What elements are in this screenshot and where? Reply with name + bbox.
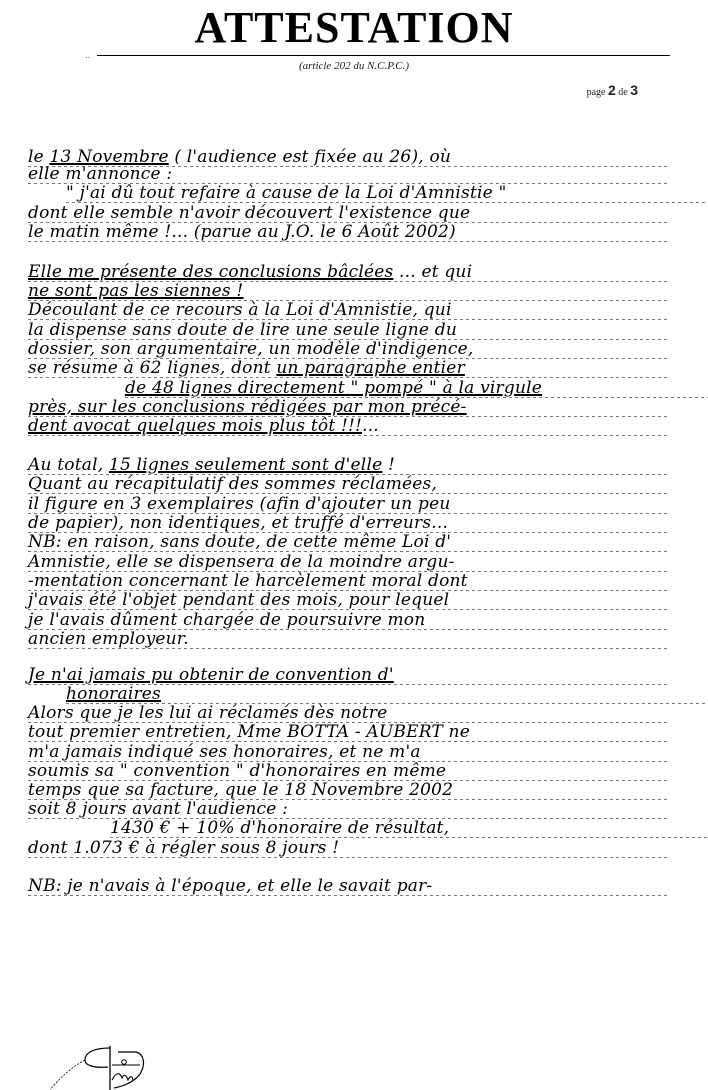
line-text: temps que sa facture, que le 18 Novembre… bbox=[28, 780, 453, 800]
handwritten-line: de papier), non identiques, et truffé d'… bbox=[28, 513, 668, 533]
page-current: 2 bbox=[608, 82, 616, 98]
line-text: Découlant de ce recours à la Loi d'Amnis… bbox=[28, 300, 452, 320]
line-text: Alors que je les lui ai réclamés dès not… bbox=[28, 703, 387, 723]
underlined-text: 15 lignes seulement sont d'elle bbox=[109, 455, 382, 475]
line-text: ... et qui bbox=[393, 262, 472, 282]
title-rule bbox=[97, 55, 670, 56]
handwritten-line: la dispense sans doute de lire une seule… bbox=[28, 320, 668, 340]
handwritten-line: honoraires bbox=[66, 684, 706, 704]
line-text: 1430 € + 10% d'honoraire de résultat, bbox=[110, 818, 449, 838]
handwritten-line: m'a jamais indiqué ses honoraires, et ne… bbox=[28, 742, 668, 762]
handwritten-line: dont elle semble n'avoir découvert l'exi… bbox=[28, 203, 668, 223]
signature-mark bbox=[40, 1040, 190, 1090]
line-text: soumis sa " convention " d'honoraires en… bbox=[28, 761, 446, 781]
handwritten-line: dossier, son argumentaire, un modèle d'i… bbox=[28, 339, 668, 359]
handwritten-line: soumis sa " convention " d'honoraires en… bbox=[28, 761, 668, 781]
line-text: j'avais été l'objet pendant des mois, po… bbox=[28, 590, 449, 610]
line-text: NB: en raison, sans doute, de cette même… bbox=[28, 532, 451, 552]
handwritten-line: Alors que je les lui ai réclamés dès not… bbox=[28, 703, 668, 723]
handwritten-line: il figure en 3 exemplaires (afin d'ajout… bbox=[28, 494, 668, 514]
line-text: " j'ai dû tout refaire à cause de la Loi… bbox=[66, 183, 507, 203]
handwritten-line: NB: je n'avais à l'époque, et elle le sa… bbox=[28, 876, 668, 896]
page-indicator: page 2 de 3 bbox=[587, 82, 638, 98]
underlined-text: de 48 lignes directement " pompé " à la … bbox=[125, 378, 542, 398]
handwritten-line: 1430 € + 10% d'honoraire de résultat, bbox=[110, 818, 708, 838]
handwritten-line: ancien employeur. bbox=[28, 629, 668, 649]
line-text: -mentation concernant le harcèlement mor… bbox=[28, 571, 468, 591]
handwritten-line: tout premier entretien, Mme BOTTA - AUBE… bbox=[28, 722, 668, 742]
handwritten-line: NB: en raison, sans doute, de cette même… bbox=[28, 532, 668, 552]
line-text: ! bbox=[382, 455, 395, 475]
line-text: dont elle semble n'avoir découvert l'exi… bbox=[28, 203, 470, 223]
handwritten-line: dont 1.073 € à régler sous 8 jours ! bbox=[28, 838, 668, 858]
line-text: de papier), non identiques, et truffé d'… bbox=[28, 513, 448, 533]
handwritten-line: je l'avais dûment chargée de poursuivre … bbox=[28, 610, 668, 630]
handwritten-line: temps que sa facture, que le 18 Novembre… bbox=[28, 780, 668, 800]
line-text: Amnistie, elle se dispensera de la moind… bbox=[28, 552, 455, 572]
line-text: ancien employeur. bbox=[28, 629, 189, 649]
line-text: ... bbox=[362, 416, 379, 436]
line-text: je l'avais dûment chargée de poursuivre … bbox=[28, 610, 425, 630]
line-text: soit 8 jours avant l'audience : bbox=[28, 799, 288, 819]
handwritten-line: près, sur les conclusions rédigées par m… bbox=[28, 397, 668, 417]
line-text: NB: je n'avais à l'époque, et elle le sa… bbox=[28, 876, 432, 896]
page-label: page bbox=[587, 87, 606, 98]
page-sep: de bbox=[618, 87, 627, 98]
line-text: dossier, son argumentaire, un modèle d'i… bbox=[28, 339, 474, 359]
handwritten-line: ne sont pas les siennes ! bbox=[28, 281, 668, 301]
handwritten-line: Découlant de ce recours à la Loi d'Amnis… bbox=[28, 300, 668, 320]
line-text: le matin même !... (parue au J.O. le 6 A… bbox=[28, 222, 456, 242]
handwritten-line: elle m'annonce : bbox=[28, 164, 668, 184]
handwritten-line: Je n'ai jamais pu obtenir de convention … bbox=[28, 665, 668, 685]
page-total: 3 bbox=[630, 82, 638, 98]
underlined-text: près, sur les conclusions rédigées par m… bbox=[28, 397, 467, 417]
handwritten-line: le matin même !... (parue au J.O. le 6 A… bbox=[28, 222, 668, 242]
underlined-text: honoraires bbox=[66, 684, 161, 704]
handwritten-line: -mentation concernant le harcèlement mor… bbox=[28, 571, 668, 591]
line-text: elle m'annonce : bbox=[28, 164, 172, 184]
handwritten-line: j'avais été l'objet pendant des mois, po… bbox=[28, 590, 668, 610]
underlined-text: Je n'ai jamais pu obtenir de convention … bbox=[28, 665, 394, 685]
line-text: Quant au récapitulatif des sommes réclam… bbox=[28, 474, 437, 494]
handwritten-line: soit 8 jours avant l'audience : bbox=[28, 799, 668, 819]
line-text: Au total, bbox=[28, 455, 109, 475]
line-text: dont 1.073 € à régler sous 8 jours ! bbox=[28, 838, 339, 858]
document-title: ATTESTATION bbox=[0, 2, 708, 54]
handwritten-line: Quant au récapitulatif des sommes réclam… bbox=[28, 474, 668, 494]
line-text: il figure en 3 exemplaires (afin d'ajout… bbox=[28, 494, 451, 514]
line-text: se résume à 62 lignes, dont bbox=[28, 358, 276, 378]
handwritten-line: de 48 lignes directement " pompé " à la … bbox=[125, 378, 708, 398]
handwritten-line: se résume à 62 lignes, dont un paragraph… bbox=[28, 358, 668, 378]
line-text: m'a jamais indiqué ses honoraires, et ne… bbox=[28, 742, 421, 762]
handwritten-line: Elle me présente des conclusions bâclées… bbox=[28, 262, 668, 282]
line-text: tout premier entretien, Mme BOTTA - AUBE… bbox=[28, 722, 470, 742]
underlined-text: dent avocat quelques mois plus tôt !!! bbox=[28, 416, 362, 436]
underlined-text: un paragraphe entier bbox=[276, 358, 465, 378]
line-text: la dispense sans doute de lire une seule… bbox=[28, 320, 457, 340]
document-subtitle: (article 202 du N.C.P.C.) bbox=[0, 60, 708, 72]
underlined-text: ne sont pas les siennes ! bbox=[28, 281, 243, 301]
handwritten-line: " j'ai dû tout refaire à cause de la Loi… bbox=[66, 183, 706, 203]
handwritten-line: Amnistie, elle se dispensera de la moind… bbox=[28, 552, 668, 572]
underlined-text: Elle me présente des conclusions bâclées bbox=[28, 262, 393, 282]
handwritten-line: Au total, 15 lignes seulement sont d'ell… bbox=[28, 455, 668, 475]
handwritten-line: dent avocat quelques mois plus tôt !!!..… bbox=[28, 416, 668, 436]
